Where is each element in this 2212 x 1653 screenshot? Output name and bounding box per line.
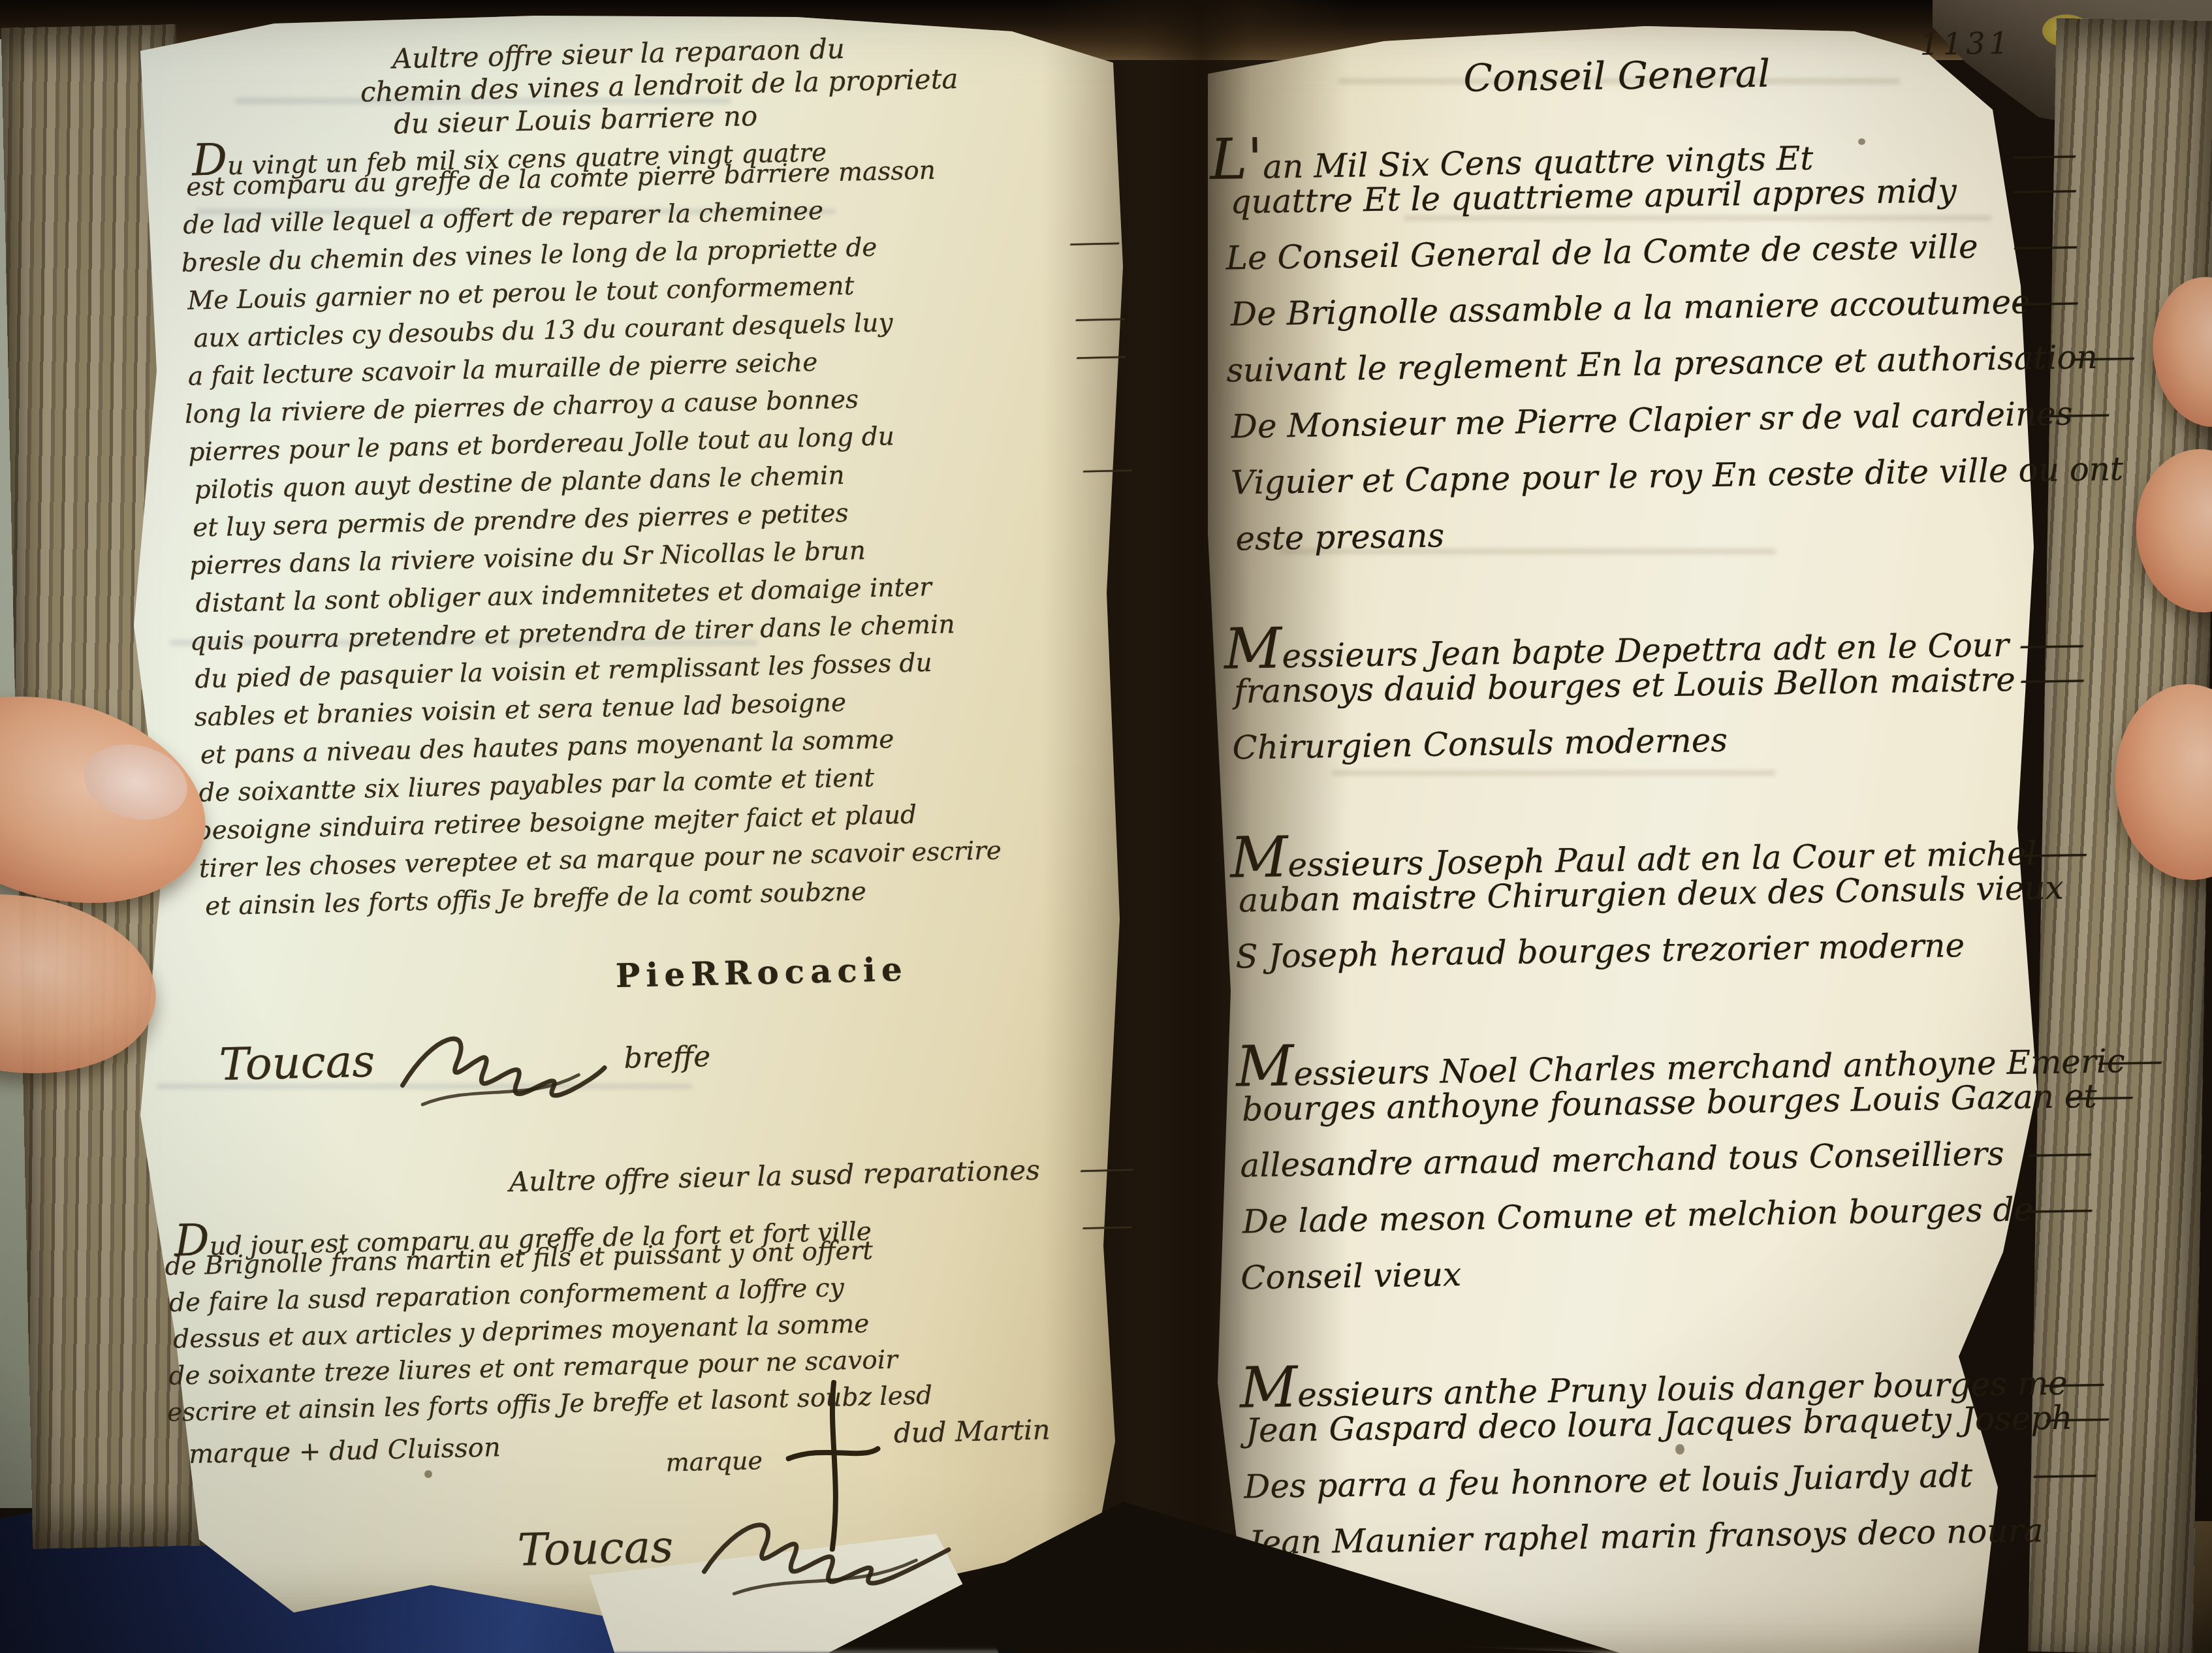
left-heading2: Aultre offre sieur la susd reparationes—: [509, 1152, 1136, 1198]
page-number: 1131: [1920, 25, 2012, 62]
manuscript-line: De Brignolle assamble a la maniere accou…: [1231, 282, 2081, 333]
manuscript-line: Chirurgien Consuls modernes: [1232, 716, 2088, 767]
signature-flourish: [693, 1481, 957, 1624]
manuscript-line: suivant le reglement En la presance et a…: [1226, 338, 2082, 390]
manuscript-line: S Joseph heraud bourges trezorier modern…: [1235, 924, 2091, 976]
manuscript-line: Jean Maunier raphel marin fransoys deco …: [1248, 1511, 2100, 1562]
manuscript-line: De lade meson Comune et melchion bourges…: [1242, 1189, 2095, 1241]
right-heading: Conseil General: [1463, 51, 1770, 100]
marque-line-left: marque + dud Cluisson: [189, 1432, 501, 1470]
manuscript-line: Le Conseil General de la Comte de ceste …: [1225, 226, 2080, 277]
right-page-text: 1131 Conseil General L'an Mil Six Cens q…: [1208, 5, 2147, 1639]
manuscript-line: Conseil vieux: [1240, 1246, 2096, 1297]
manuscript-line: Des parra a feu honnore et louis Juiardy…: [1244, 1455, 2100, 1506]
signature-pierre-rocacie: PieRRocacie: [615, 950, 908, 995]
manuscript-line: Viguier et Capne pour le roy En ceste di…: [1231, 450, 2084, 502]
signature-suffix: breffe: [624, 1040, 711, 1075]
marque-line-right: dud Martin: [893, 1413, 1051, 1449]
signature-toucas-bottom: Toucas: [517, 1521, 674, 1576]
signature-toucas: Toucas: [219, 1036, 375, 1091]
manuscript-photo: Aultre offre sieur la reparaon du chemin…: [0, 0, 2212, 1653]
signature-flourish: [394, 1002, 612, 1131]
left-page-text: Aultre offre sieur la reparaon du chemin…: [176, 14, 1178, 1615]
manuscript-line: De Monsieur me Pierre Clapier sr de val …: [1231, 394, 2083, 445]
manuscript-line: allesandre arnaud merchand tous Conseill…: [1240, 1133, 2094, 1185]
manuscript-line: este presans: [1235, 507, 2085, 558]
marque-label: marque: [665, 1446, 763, 1477]
